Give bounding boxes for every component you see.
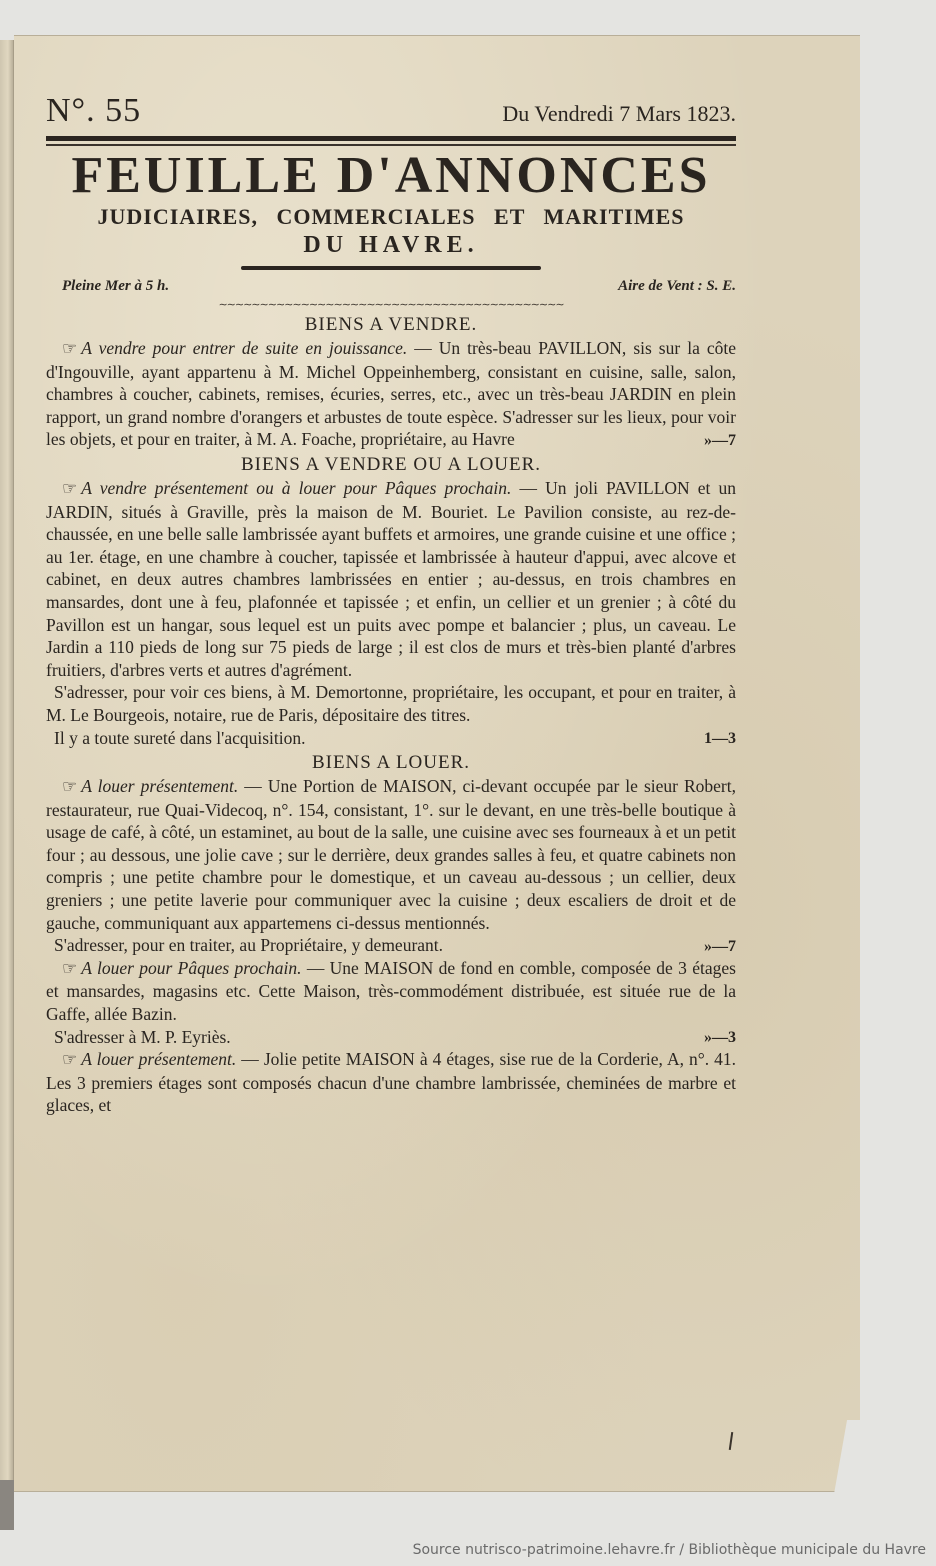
advertisement: ☞A louer pour Pâques prochain. — Une MAI… xyxy=(46,957,736,1026)
section-title: BIENS A LOUER. xyxy=(46,751,736,775)
ad-body: — Une Portion de MAISON, ci-devant occup… xyxy=(46,776,736,933)
ad-contact: S'adresser, pour voir ces biens, à M. De… xyxy=(46,681,736,726)
ad-lead: A vendre pour entrer de suite en jouissa… xyxy=(81,338,407,358)
wavy-divider: ∼∼∼∼∼∼∼∼∼∼∼∼∼∼∼∼∼∼∼∼∼∼∼∼∼∼∼∼∼∼∼∼∼∼∼∼∼∼∼∼… xyxy=(46,299,736,311)
pointing-hand-icon: ☞ xyxy=(54,338,77,361)
ad-lead: A louer présentement. xyxy=(81,776,238,796)
issue-row: N°. 55 Du Vendredi 7 Mars 1823. xyxy=(46,92,736,132)
header-rule-thick xyxy=(46,136,736,141)
masthead-title: FEUILLE D'ANNONCES xyxy=(46,148,736,204)
pointing-hand-icon: ☞ xyxy=(54,958,77,981)
advertisement: ☞A vendre présentement ou à louer pour P… xyxy=(46,477,736,681)
advertisement: ☞A louer présentement. — Une Portion de … xyxy=(46,775,736,934)
binding-cloth xyxy=(0,1480,14,1530)
header-rule-thin xyxy=(46,144,736,146)
issue-date: Du Vendredi 7 Mars 1823. xyxy=(502,101,736,127)
binding-strip xyxy=(0,40,14,1520)
masthead-rule xyxy=(241,266,541,270)
ad-lead: A vendre présentement ou à louer pour Pâ… xyxy=(81,478,511,498)
source-credit: Source nutrisco-patrimoine.lehavre.fr / … xyxy=(413,1542,926,1558)
issue-number: N°. 55 xyxy=(46,92,141,130)
ad-body: — Un joli PAVILLON et un JARDIN, situés … xyxy=(46,478,736,680)
advertisement: ☞A louer présentement. — Jolie petite MA… xyxy=(46,1048,736,1117)
tide-wind-row: Pleine Mer à 5 h. Aire de Vent : S. E. xyxy=(46,278,736,295)
tide-info: Pleine Mer à 5 h. xyxy=(62,278,169,295)
section-title: BIENS A VENDRE OU A LOUER. xyxy=(46,453,736,477)
pointing-hand-icon: ☞ xyxy=(54,478,77,501)
pointing-hand-icon: ☞ xyxy=(54,776,77,799)
masthead-city: DU HAVRE. xyxy=(46,230,736,260)
wind-info: Aire de Vent : S. E. xyxy=(618,278,736,295)
pointing-hand-icon: ☞ xyxy=(54,1049,77,1072)
masthead-subtitle: JUDICIAIRES, COMMERCIALES ET MARITIMES xyxy=(46,204,736,230)
section-title: BIENS A VENDRE. xyxy=(46,313,736,337)
page-column: N°. 55 Du Vendredi 7 Mars 1823. FEUILLE … xyxy=(46,92,736,1117)
ad-lead: A louer présentement. xyxy=(81,1049,236,1069)
ad-lead: A louer pour Pâques prochain. xyxy=(81,958,301,978)
